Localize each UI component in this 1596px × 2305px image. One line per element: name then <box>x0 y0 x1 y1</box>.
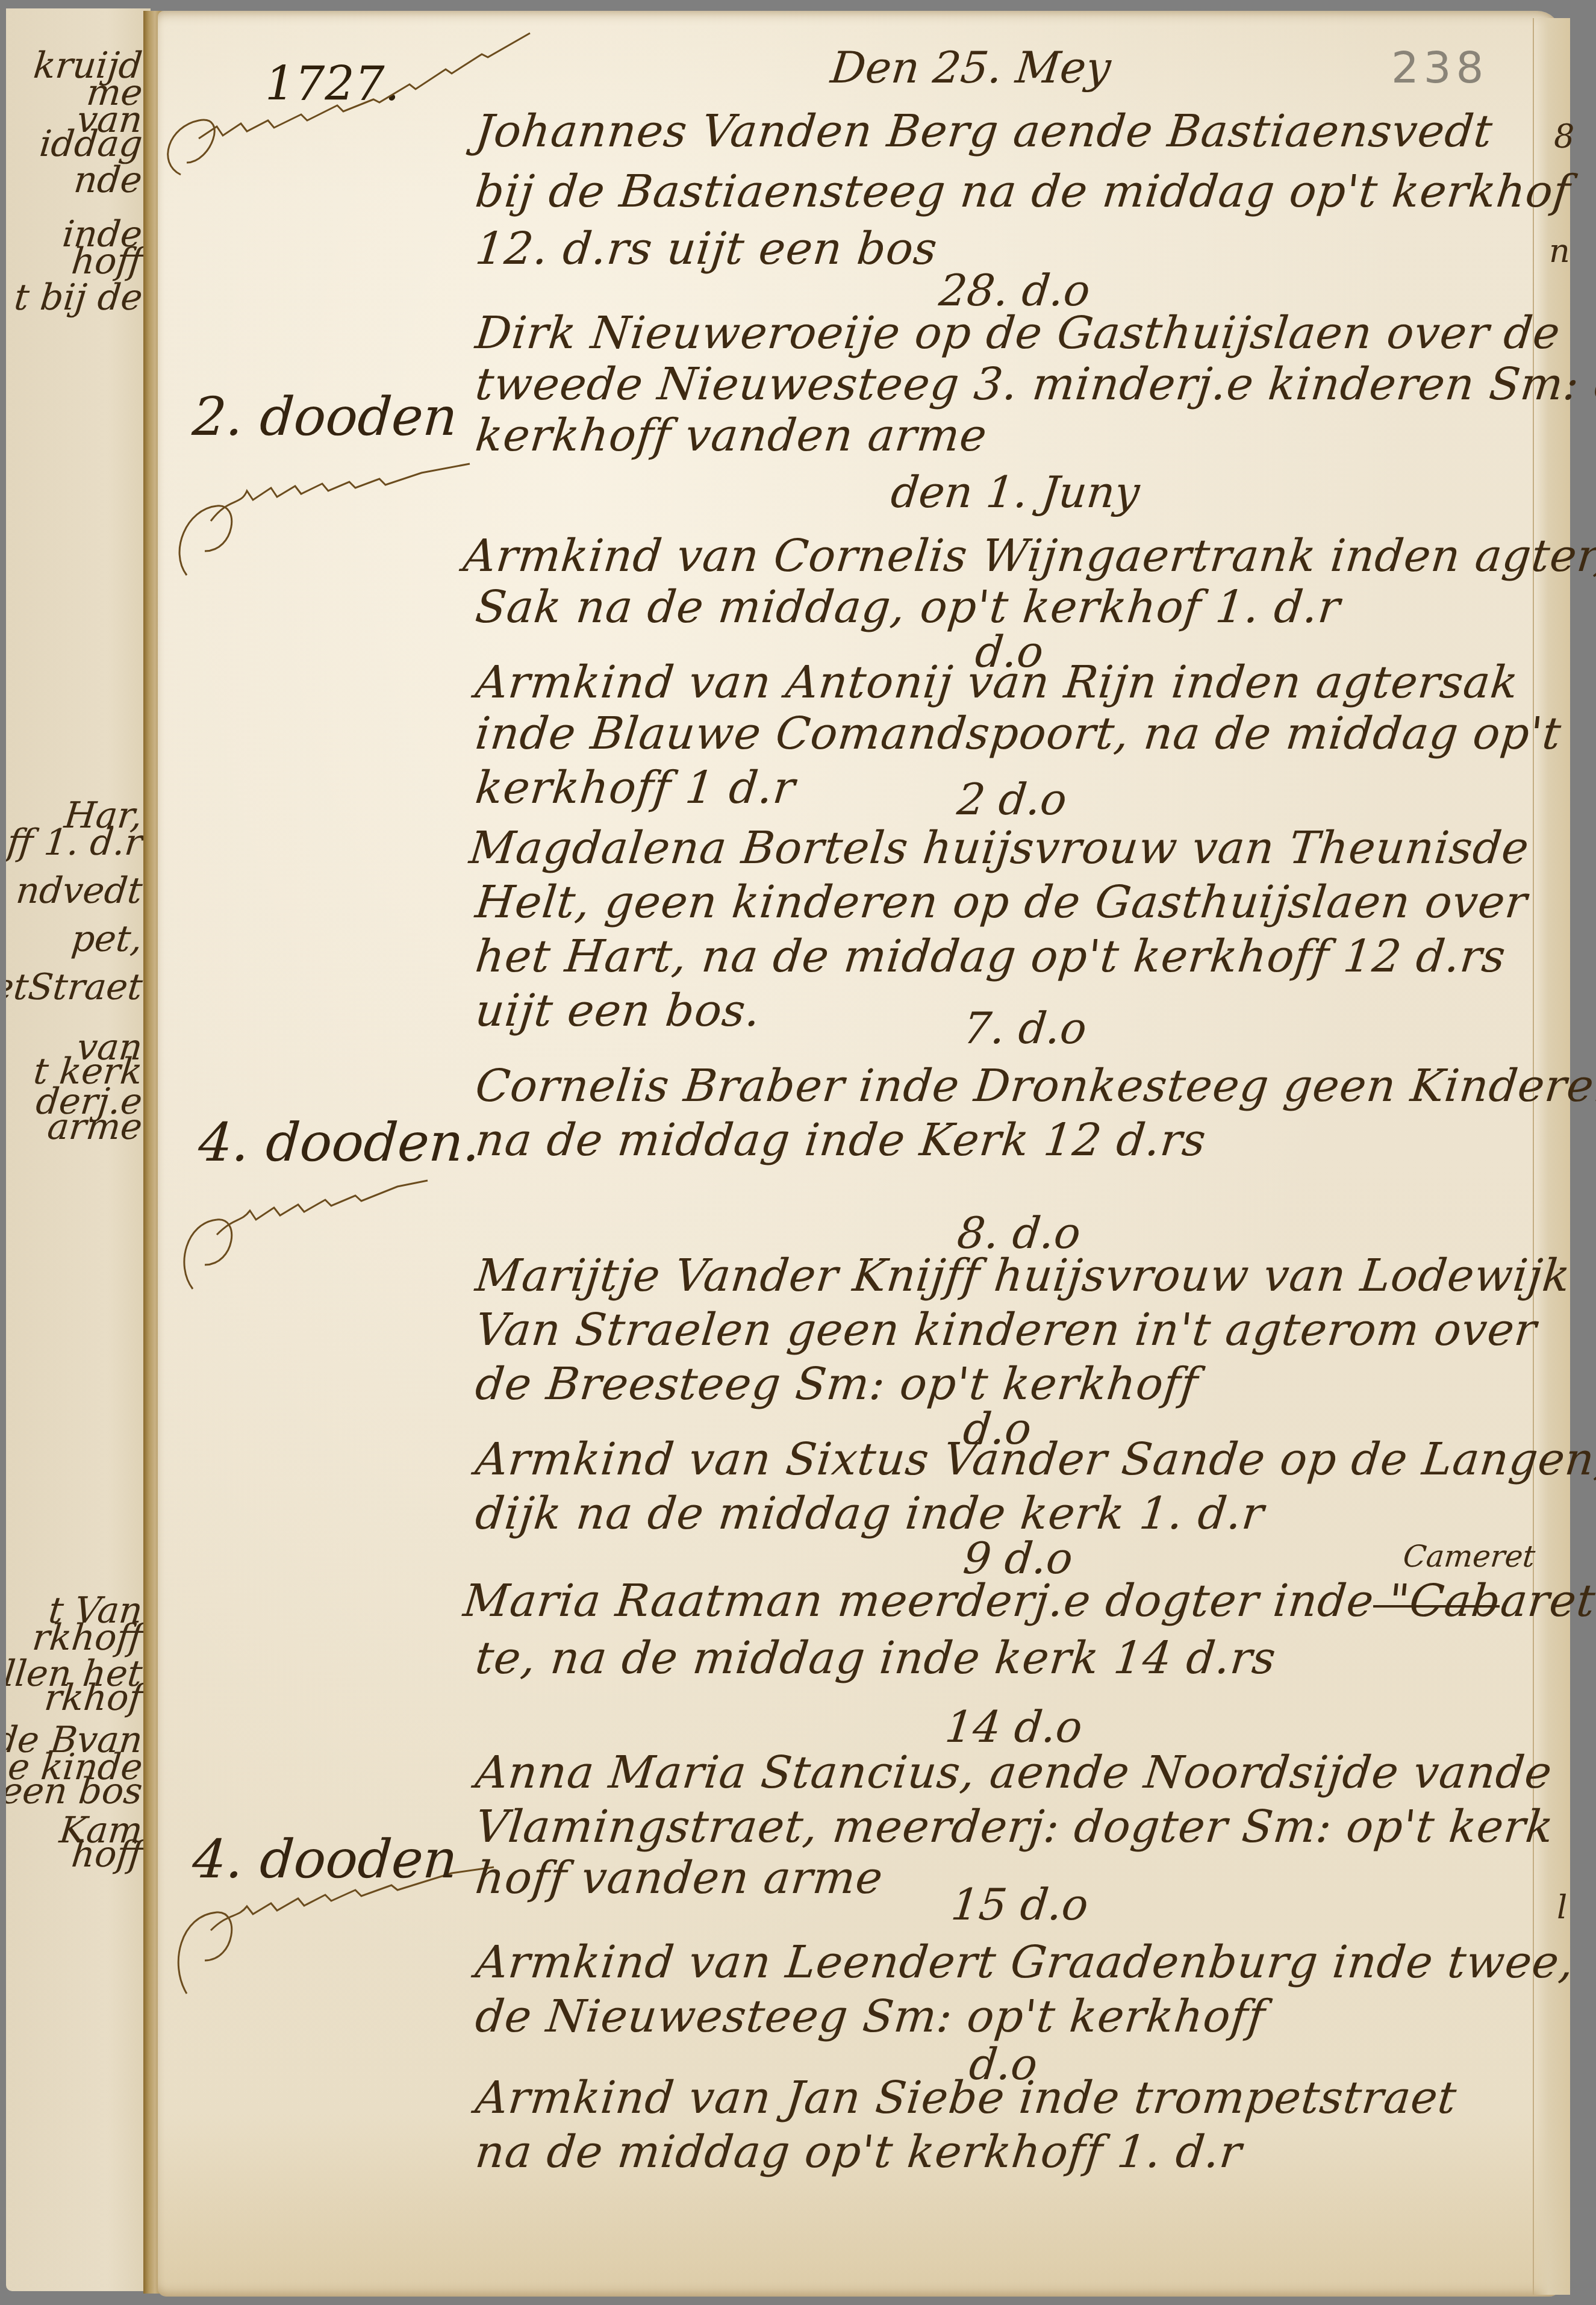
entry-line: Vlamingstraet, meerderj: dogter Sm: op't… <box>473 1801 1556 1853</box>
entry-line: Armkind van Cornelis Wijngaertrank inden… <box>461 530 1596 582</box>
entry-line: 12. d.rs uijt een bos <box>473 223 940 275</box>
entry-line: te, na de middag inde kerk 14 d.rs <box>473 1632 1279 1684</box>
entry-line: Van Straelen geen kinderen in't agterom … <box>473 1304 1539 1356</box>
entry-line: bij de Bastiaensteeg na de middag op't k… <box>473 166 1573 217</box>
entry-line: Armkind van Antonij van Rijn inden agter… <box>473 657 1521 708</box>
margin-note-death-count: 4. dooden. <box>196 1111 482 1173</box>
entry-line: Marijtje Vander Knijff huijsvrouw van Lo… <box>473 1250 1573 1302</box>
left-fragment: ndvedt <box>14 870 144 912</box>
entry-line: de Breesteeg Sm: op't kerkhoff <box>473 1358 1200 1410</box>
left-fragment: nde <box>72 159 145 201</box>
left-fragment: petStraet <box>6 966 145 1008</box>
left-fragment: t bij de <box>12 276 145 319</box>
inserted-correction: Cameret <box>1401 1539 1537 1574</box>
left-fragment: arme <box>45 1106 144 1148</box>
entry-line: na de middag op't kerkhoff 1. d.r <box>473 2126 1244 2178</box>
entry-line: kerkhoff 1 d.r <box>473 762 797 814</box>
entry-line: Armkind van Jan Siebe inde trompetstraet <box>473 2072 1459 2124</box>
entry-line: dijk na de middag inde kerk 1. d.r <box>473 1488 1267 1539</box>
entry-line: Cornelis Braber inde Dronkesteeg geen Ki… <box>473 1060 1596 1112</box>
facing-page-left: kruijd me van iddag nde inde hoff t bij … <box>6 8 151 2291</box>
flourish-icon <box>163 24 705 181</box>
entry-date: 15 d.o <box>949 1879 1091 1930</box>
entry-date: 14 d.o <box>943 1701 1085 1752</box>
entry-date: 2 d.o <box>955 774 1070 825</box>
entry-line: Armkind van Leendert Graadenburg inde tw… <box>473 1936 1576 1988</box>
entry-line: tweede Nieuwesteeg 3. minderj.e kinderen… <box>473 358 1596 410</box>
entry-line: Dirk Nieuweroeije op de Gasthuijslaen ov… <box>473 307 1562 359</box>
left-fragment: ff 1. d.r <box>6 822 145 864</box>
entry-line: na de middag inde Kerk 12 d.rs <box>473 1114 1208 1166</box>
entry-line: Maria Raatman meerderj.e dogter inde "Ca… <box>461 1575 1596 1627</box>
entry-line: uijt een bos. <box>473 985 763 1037</box>
left-fragment: pet, <box>69 918 144 960</box>
page-number: 238 <box>1391 42 1488 93</box>
left-fragment: t een bos <box>6 1770 145 1812</box>
margin-note-death-count: 2. dooden <box>190 385 460 448</box>
left-fragment: hoff <box>69 1833 145 1876</box>
margin-note-death-count: 4. dooden <box>190 1828 460 1890</box>
entry-line: Sak na de middag, op't kerkhof 1. d.r <box>473 581 1342 633</box>
entry-line: de Nieuwesteeg Sm: op't kerkhoff <box>473 1991 1268 2042</box>
entry-line: Magdalena Bortels huijsvrouw van Theunis… <box>467 822 1532 874</box>
flourish-icon <box>175 1162 488 1295</box>
left-fragment: rkhof <box>42 1677 144 1719</box>
entry-line: Johannes Vanden Berg aende Bastiaensvedt <box>473 105 1495 157</box>
flourish-icon <box>169 449 482 581</box>
strikethrough-mark <box>1373 1605 1500 1608</box>
edge-fragment: n <box>1549 232 1570 270</box>
entry-line: het Hart, na de middag op't kerkhoff 12 … <box>473 931 1508 982</box>
entry-line: inde Blauwe Comandspoort, na de middag o… <box>473 708 1563 759</box>
entry-line: kerkhoff vanden arme <box>473 410 990 461</box>
entry-line: Helt, geen kinderen op de Gasthuijslaen … <box>473 876 1530 928</box>
entry-date: Den 25. Mey <box>829 42 1114 93</box>
entry-line: Armkind van Sixtus Vander Sande op de La… <box>473 1433 1596 1485</box>
entry-line: Anna Maria Stancius, aende Noordsijde va… <box>473 1747 1554 1798</box>
entry-date: den 1. Juny <box>889 467 1142 517</box>
edge-fragment: 8 <box>1554 117 1574 155</box>
entry-date: 7. d.o <box>961 1003 1089 1053</box>
entry-line: hoff vanden arme <box>473 1852 885 1904</box>
edge-fragment: l <box>1557 1888 1567 1926</box>
